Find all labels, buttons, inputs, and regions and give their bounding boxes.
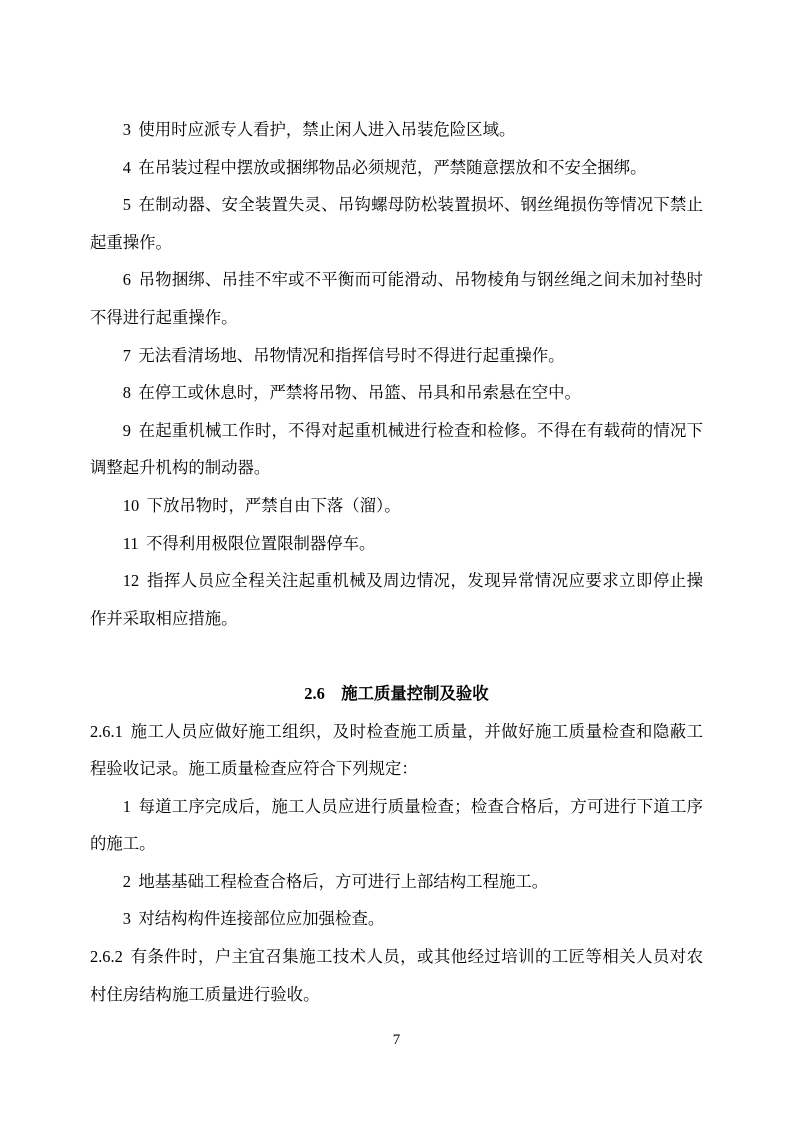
paragraph-text: 每道工序完成后，施工人员应进行质量检查；检查合格后，方可进行下道工序的施工。	[90, 797, 703, 854]
paragraph-text: 施工人员应做好施工组织，及时检查施工质量，并做好施工质量检查和隐蔽工程验收记录。…	[90, 722, 703, 779]
paragraph: 5在制动器、安全装置失灵、吊钩螺母防松装置损坏、钢丝绳损伤等情况下禁止起重操作。	[90, 186, 703, 261]
paragraph-number: 11	[123, 534, 139, 553]
paragraph-number: 2.6.1	[90, 722, 123, 741]
paragraph-text: 地基基础工程检查合格后，方可进行上部结构工程施工。	[138, 872, 548, 891]
paragraph: 2地基基础工程检查合格后，方可进行上部结构工程施工。	[90, 863, 703, 901]
paragraph-text: 指挥人员应全程关注起重机械及周边情况，发现异常情况应要求立即停止操作并采取相应措…	[90, 571, 703, 628]
paragraph: 2.6.2有条件时，户主宜召集施工技术人员，或其他经过培训的工匠等相关人员对农村…	[90, 938, 703, 1013]
paragraph-number: 8	[123, 383, 131, 402]
paragraph: 11不得利用极限位置限制器停车。	[90, 525, 703, 563]
paragraph-number: 1	[123, 797, 131, 816]
page-number: 7	[0, 1028, 793, 1052]
paragraph-text: 有条件时，户主宜召集施工技术人员，或其他经过培训的工匠等相关人员对农村住房结构施…	[90, 947, 703, 1004]
paragraph-text: 无法看清场地、吊物情况和指挥信号时不得进行起重操作。	[138, 346, 564, 365]
paragraph: 10下放吊物时，严禁自由下落（溜）。	[90, 487, 703, 525]
paragraph: 1每道工序完成后，施工人员应进行质量检查；检查合格后，方可进行下道工序的施工。	[90, 788, 703, 863]
paragraph-number: 7	[123, 346, 131, 365]
paragraph-text: 对结构构件连接部位应加强检查。	[138, 909, 384, 928]
paragraph-number: 3	[123, 909, 131, 928]
paragraph: 6吊物捆绑、吊挂不牢或不平衡而可能滑动、吊物棱角与钢丝绳之间未加衬垫时不得进行起…	[90, 261, 703, 336]
paragraph-number: 12	[123, 571, 139, 590]
paragraph: 7无法看清场地、吊物情况和指挥信号时不得进行起重操作。	[90, 337, 703, 375]
paragraph-number: 2.6.2	[90, 947, 123, 966]
paragraph-text: 在起重机械工作时，不得对起重机械进行检查和检修。不得在有载荷的情况下调整起升机构…	[90, 421, 703, 478]
paragraph-number: 9	[123, 421, 131, 440]
paragraph: 9在起重机械工作时，不得对起重机械进行检查和检修。不得在有载荷的情况下调整起升机…	[90, 412, 703, 487]
paragraph: 3对结构构件连接部位应加强检查。	[90, 900, 703, 938]
paragraph-number: 5	[123, 195, 131, 214]
paragraph: 3使用时应派专人看护，禁止闲人进入吊装危险区域。	[90, 111, 703, 149]
paragraph-text: 不得利用极限位置限制器停车。	[146, 534, 375, 553]
paragraph: 8在停工或休息时，严禁将吊物、吊篮、吊具和吊索悬在空中。	[90, 374, 703, 412]
paragraph-text: 下放吊物时，严禁自由下落（溜）。	[147, 496, 401, 515]
paragraph-text: 使用时应派专人看护，禁止闲人进入吊装危险区域。	[138, 120, 515, 139]
section-heading: 2.6施工质量控制及验收	[90, 675, 703, 713]
paragraph-number: 10	[123, 496, 139, 515]
paragraph-number: 3	[123, 120, 131, 139]
paragraph-number: 6	[123, 270, 131, 289]
paragraph-text: 吊物捆绑、吊挂不牢或不平衡而可能滑动、吊物棱角与钢丝绳之间未加衬垫时不得进行起重…	[90, 270, 703, 327]
document-body: 3使用时应派专人看护，禁止闲人进入吊装危险区域。4在吊装过程中摆放或捆绑物品必须…	[90, 111, 703, 1013]
paragraph: 4在吊装过程中摆放或捆绑物品必须规范，严禁随意摆放和不安全捆绑。	[90, 149, 703, 187]
paragraph-number: 4	[123, 158, 131, 177]
paragraph-text: 在制动器、安全装置失灵、吊钩螺母防松装置损坏、钢丝绳损伤等情况下禁止起重操作。	[90, 195, 703, 252]
paragraph-number: 2	[123, 872, 131, 891]
paragraph-text: 施工质量控制及验收	[341, 684, 489, 703]
paragraph-text: 在吊装过程中摆放或捆绑物品必须规范，严禁随意摆放和不安全捆绑。	[138, 158, 646, 177]
paragraph: 12指挥人员应全程关注起重机械及周边情况，发现异常情况应要求立即停止操作并采取相…	[90, 562, 703, 637]
paragraph: 2.6.1施工人员应做好施工组织，及时检查施工质量，并做好施工质量检查和隐蔽工程…	[90, 713, 703, 788]
paragraph-number: 2.6	[304, 684, 325, 703]
document-page: 3使用时应派专人看护，禁止闲人进入吊装危险区域。4在吊装过程中摆放或捆绑物品必须…	[0, 0, 793, 1122]
paragraph-text: 在停工或休息时，严禁将吊物、吊篮、吊具和吊索悬在空中。	[138, 383, 581, 402]
